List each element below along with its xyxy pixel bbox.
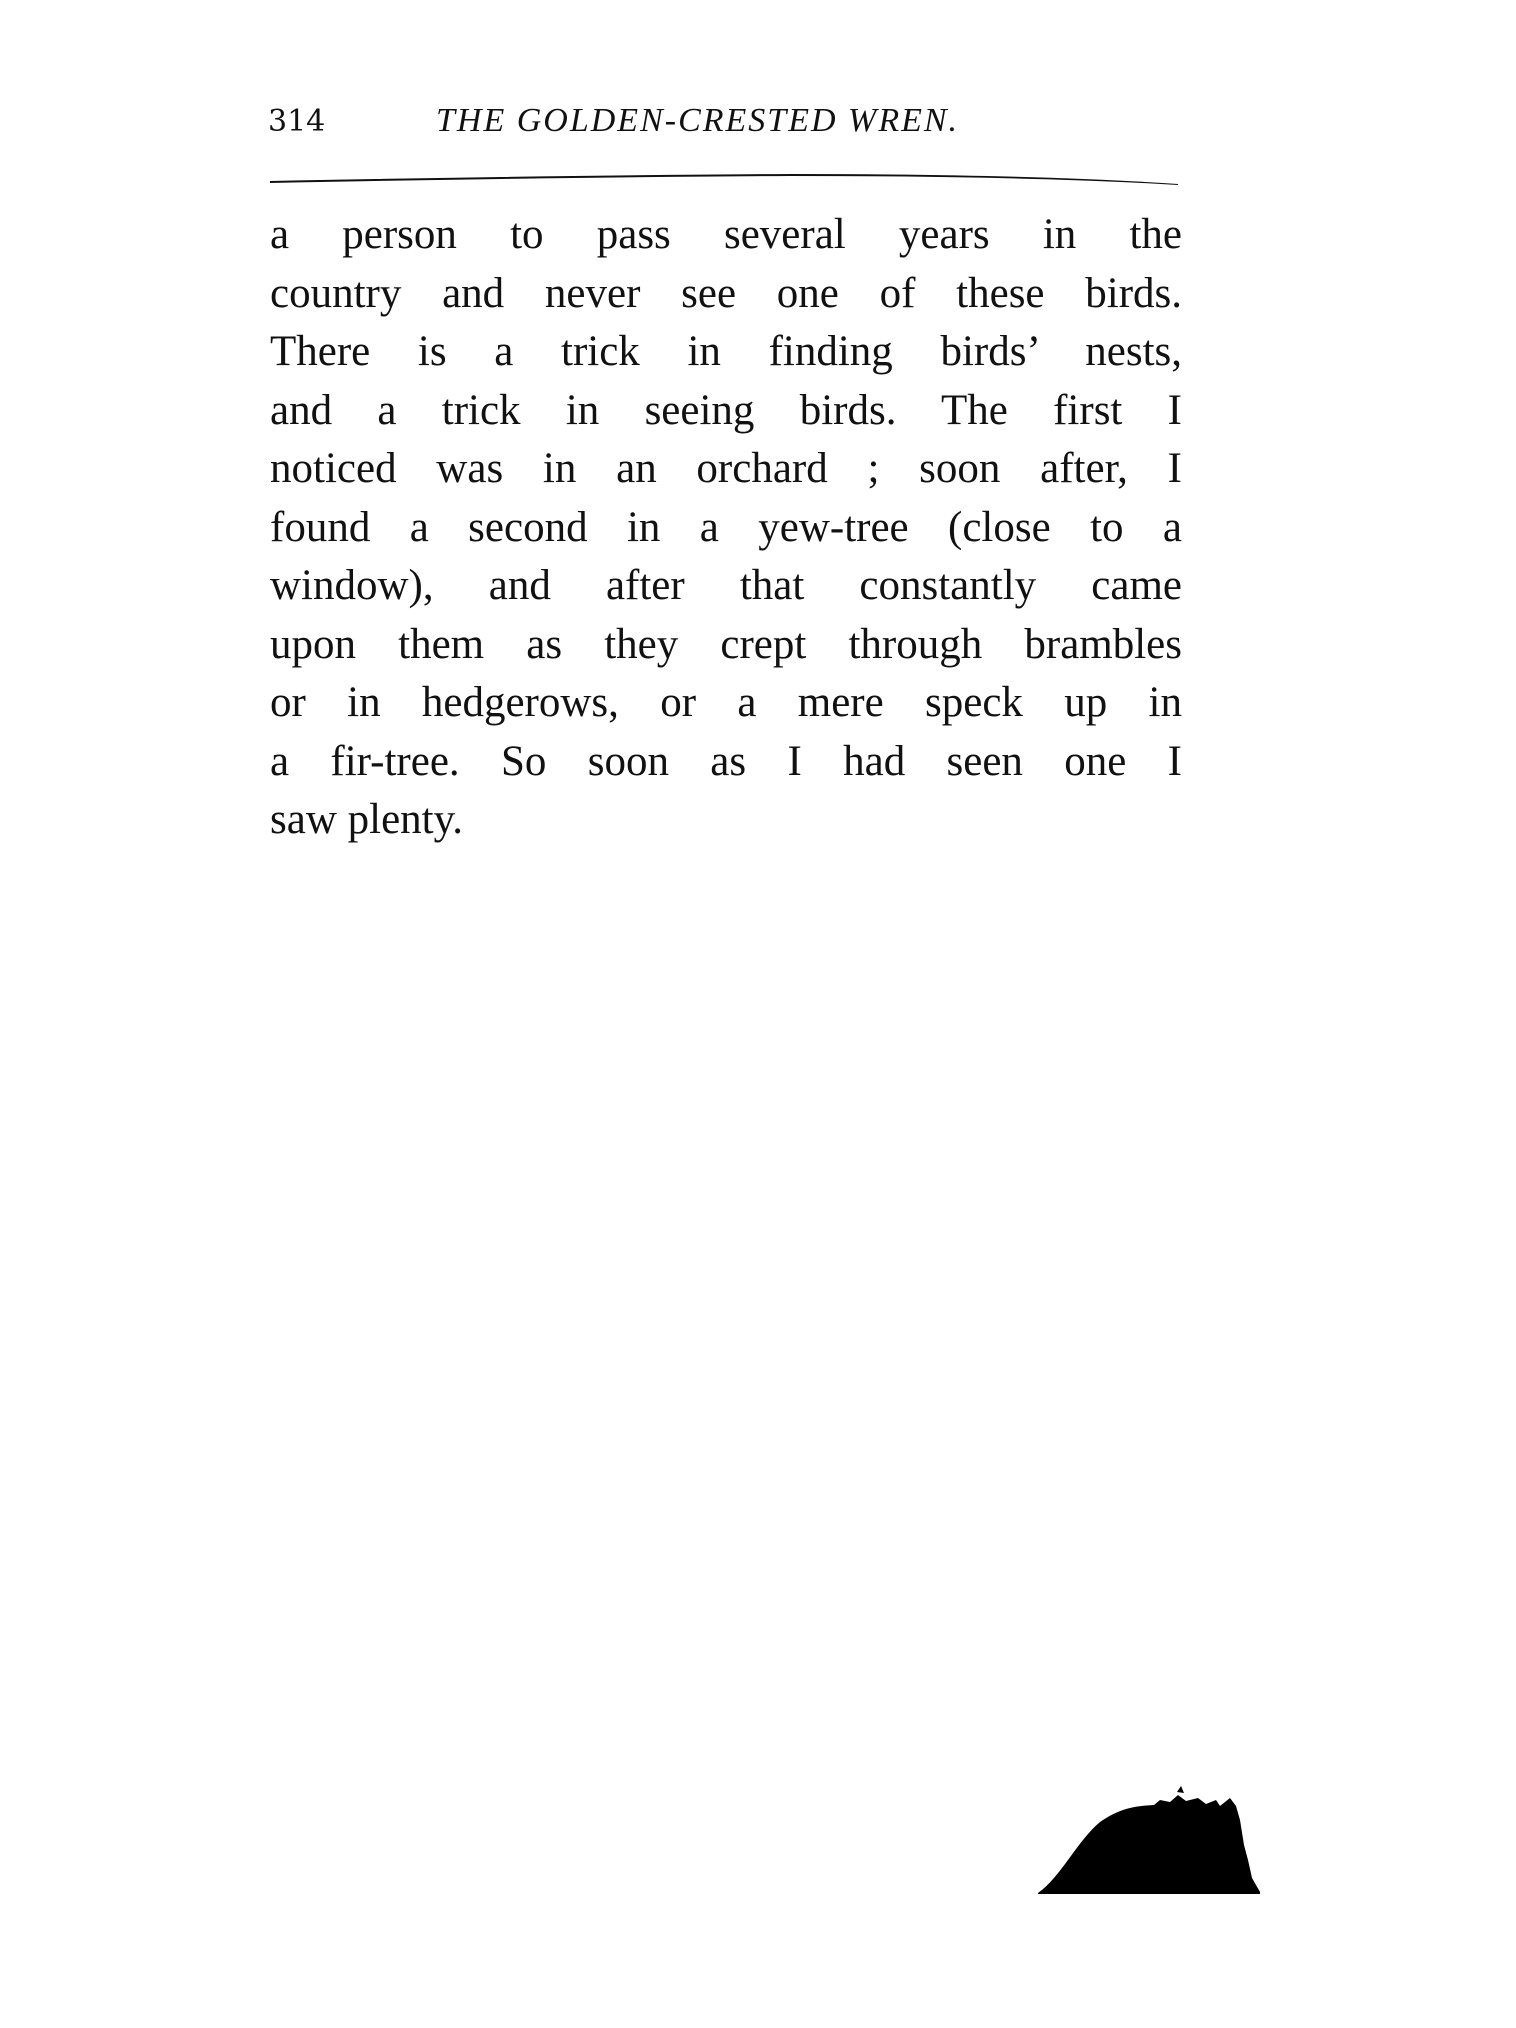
running-head: THE GOLDEN-CRESTED WREN.: [436, 102, 959, 140]
text-line: found a second in a yew-tree (close to a: [270, 499, 1182, 558]
body-paragraph: a person to pass several years in the co…: [270, 206, 1182, 850]
text-line: There is a trick in finding birds’ nests…: [270, 323, 1182, 382]
text-line: window), and after that constantly came: [270, 557, 1182, 616]
page-number: 314: [268, 104, 325, 139]
text-line: or in hedgerows, or a mere speck up in: [270, 674, 1182, 733]
ink-blot-icon: [1030, 1760, 1260, 1900]
text-line: and a trick in seeing birds. The first I: [270, 382, 1182, 441]
text-line: upon them as they crept through brambles: [270, 616, 1182, 675]
header-rule: [270, 172, 1178, 186]
book-page: 314 THE GOLDEN-CRESTED WREN. a person to…: [0, 0, 1516, 2028]
text-line: a person to pass several years in the: [270, 206, 1182, 265]
text-line: country and never see one of these birds…: [270, 265, 1182, 324]
text-line: a fir-tree. So soon as I had seen one I: [270, 733, 1182, 792]
text-line: noticed was in an orchard ; soon after, …: [270, 440, 1182, 499]
text-line: saw plenty.: [270, 791, 1182, 850]
